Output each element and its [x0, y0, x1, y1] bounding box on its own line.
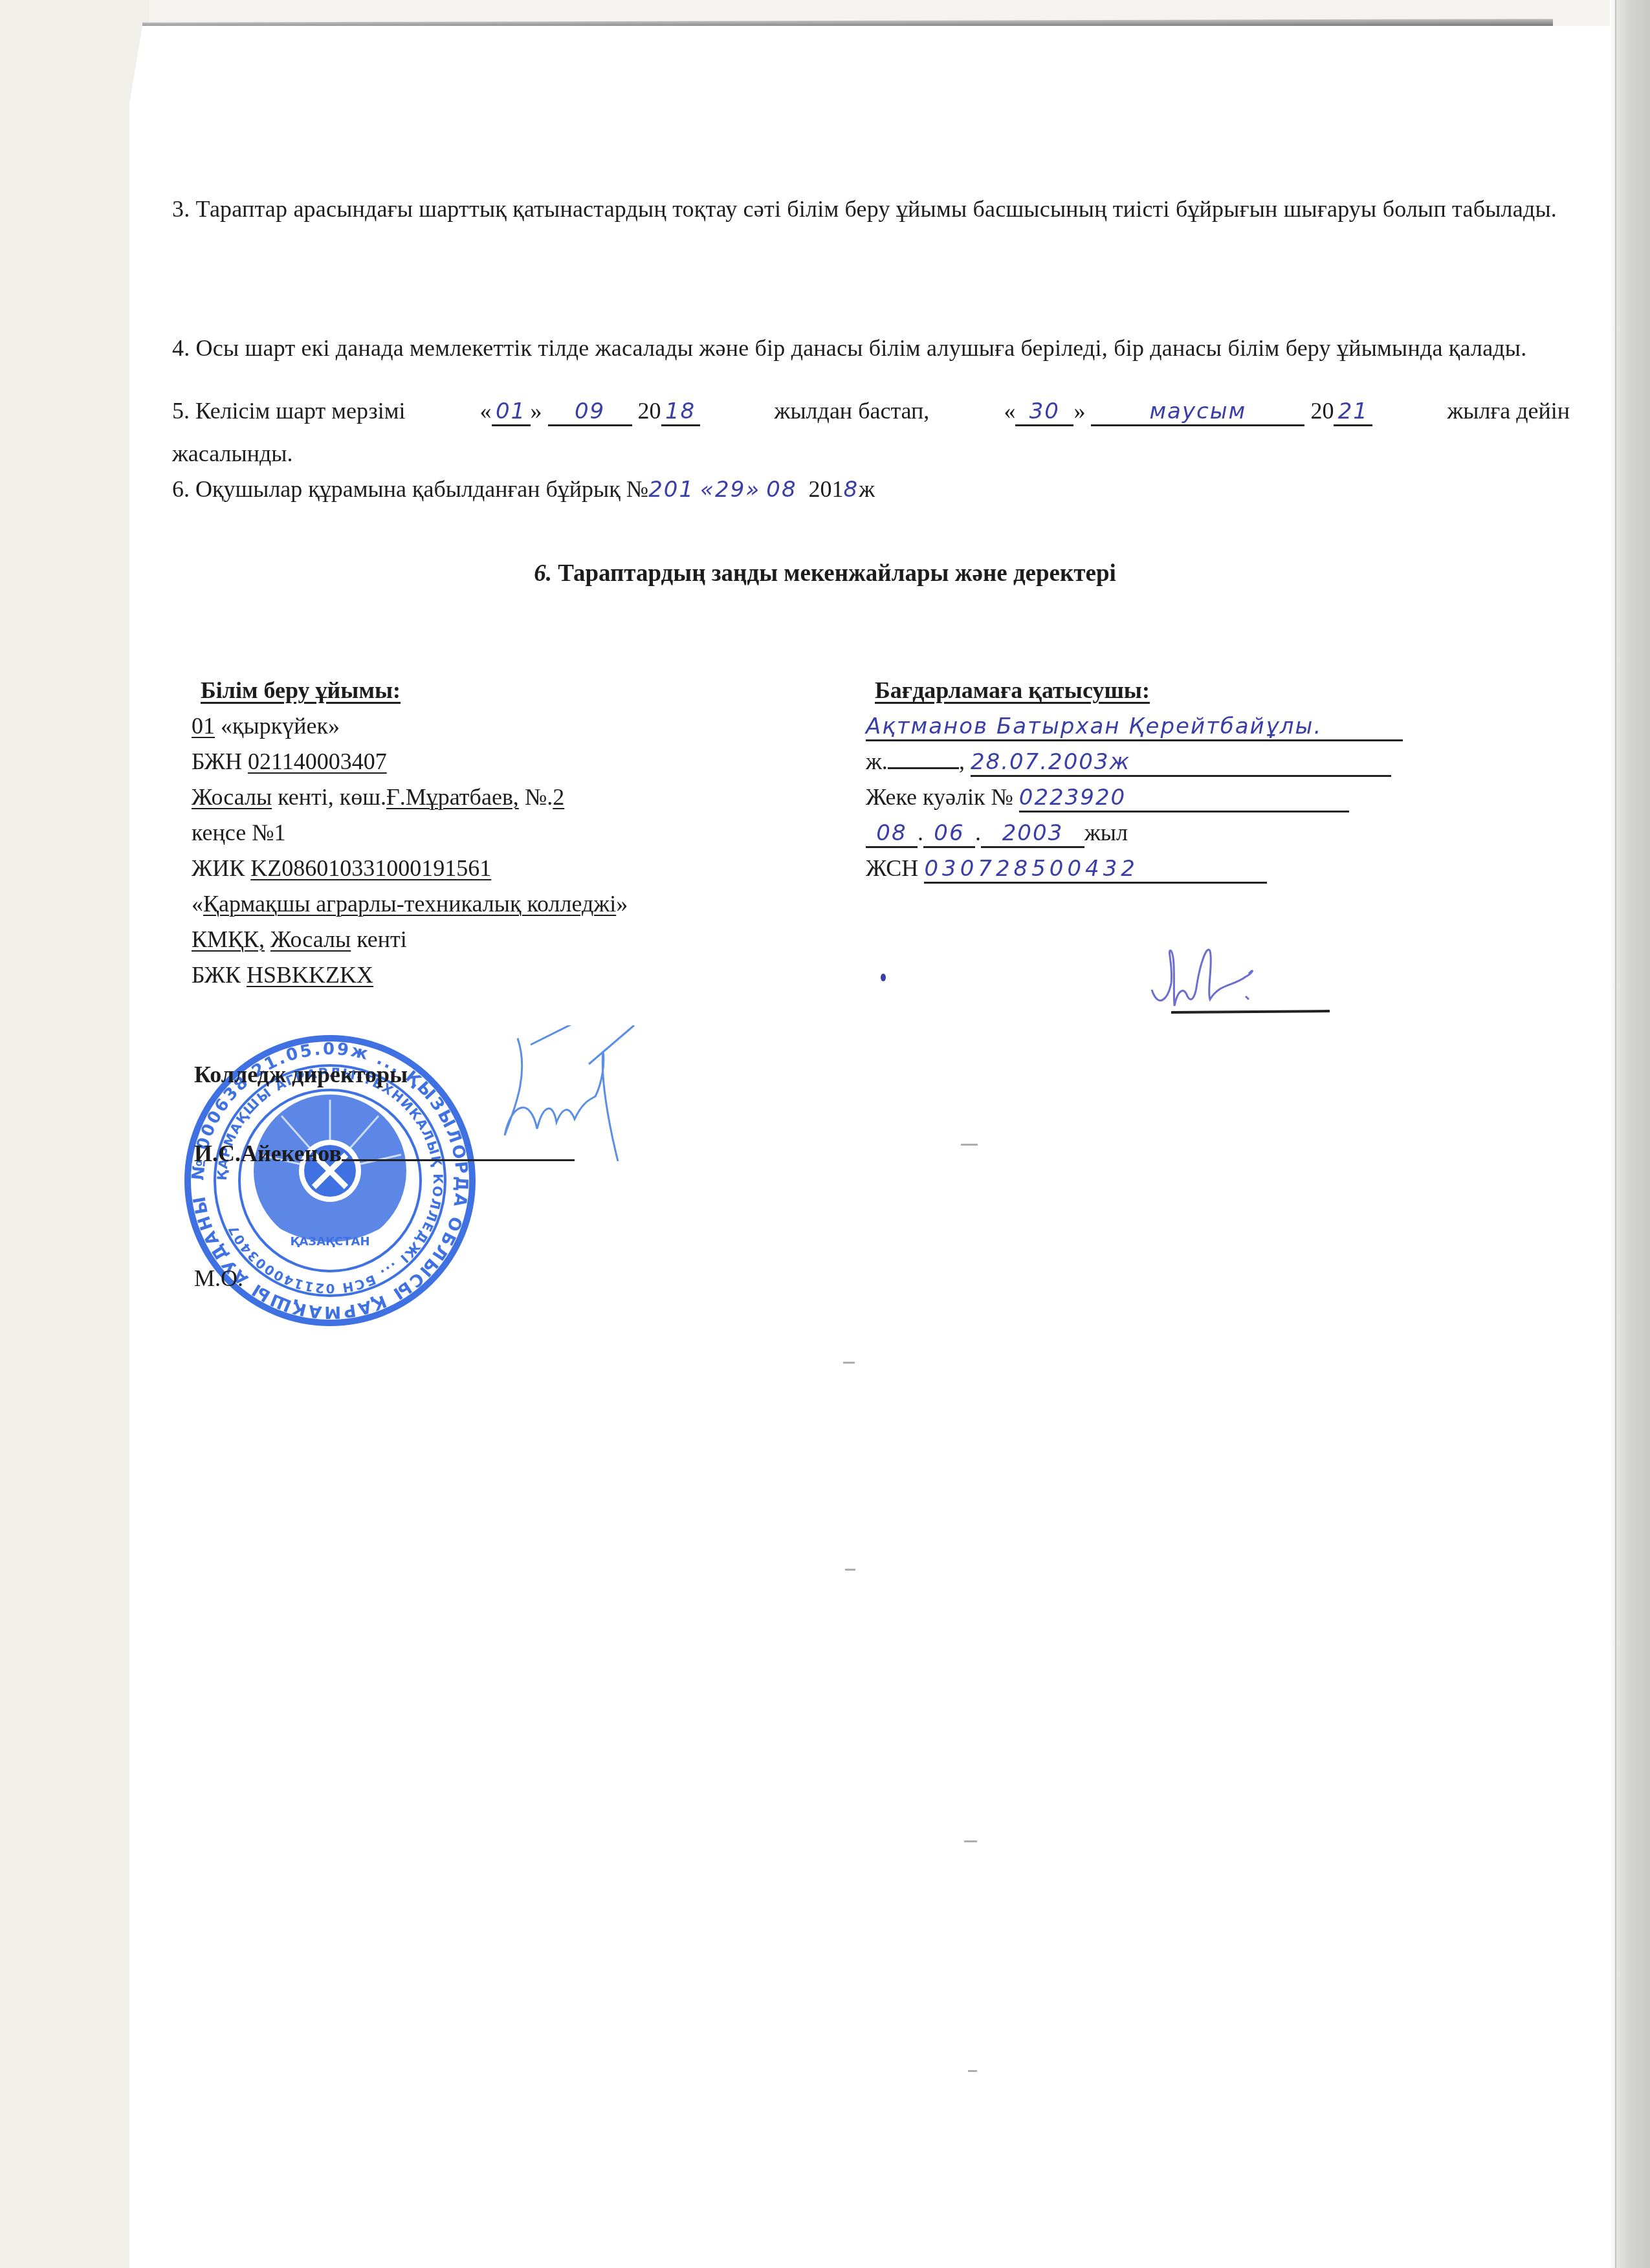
clause-5-until: жылға дейін: [1447, 397, 1570, 424]
clause-3: 3. Тараптар арасындағы шарттық қатынаста…: [172, 191, 1570, 227]
svg-text:ҚАЗАҚСТАН: ҚАЗАҚСТАН: [290, 1235, 369, 1248]
end-day-field: 30: [1015, 398, 1073, 426]
organization-bin: БЖН 021140003407: [192, 744, 628, 780]
participant-id: Жеке куәлік № 0223920: [866, 780, 1403, 815]
participant-birth-date-field: 28.07.2003ж: [971, 749, 1391, 777]
participant-id-date: 08.06.2003жыл: [866, 815, 1403, 851]
organization-form: КМҚК, Жосалы кенті: [192, 922, 628, 957]
participant-id-number-field: 0223920: [1019, 785, 1349, 812]
participant-details: Бағдарламаға қатысушы: Ақтманов Батырхан…: [866, 673, 1403, 886]
order-year-digit: 8: [844, 477, 859, 503]
end-year-field: 21: [1334, 398, 1372, 426]
participant-full-name: Ақтманов Батырхан Қерейтбайұлы.: [866, 708, 1403, 744]
director-name: И.С.Айекенов: [194, 1140, 342, 1166]
clause-5: 5. Келісім шарт мерзімі «01» 09 2018 жыл…: [172, 397, 1570, 426]
order-number: 201: [648, 477, 694, 503]
section-title: 6. Тараптардың заңды мекенжайлары және д…: [0, 560, 1650, 587]
organization-iik: ЖИК KZ086010331000191561: [192, 851, 628, 886]
organization-address: Жосалы кенті, көш.Ғ.Мұратбаев, №.2: [192, 780, 628, 815]
order-month: 08: [766, 477, 797, 503]
end-month-field: маусым: [1091, 398, 1304, 426]
clause-3-text: Тараптар арасындағы шарттық қатынастарды…: [196, 196, 1557, 222]
organization-name: «Қармақшы аграрлы-техникалық колледжі»: [192, 886, 628, 922]
ink-dot: [881, 974, 886, 981]
scanner-background: [0, 0, 149, 2268]
clause-4: 4. Осы шарт екі данада мемлекеттік тілде…: [172, 330, 1570, 366]
contract-start-date: «01» 09 2018: [480, 397, 700, 426]
scan-speck: [961, 1144, 978, 1146]
id-year-field: 2003: [981, 820, 1084, 848]
clause-4-text: Осы шарт екі данада мемлекеттік тілде жа…: [196, 335, 1527, 361]
organization-bik: БЖК HSBKKZKX: [192, 957, 628, 993]
participant-iin-field: 030728500432: [924, 856, 1267, 884]
participant-signature: [1136, 938, 1330, 1022]
clause-6: 6. Оқушылар құрамына қабылданған бұйрық …: [172, 475, 875, 503]
scan-speck: [845, 1569, 855, 1571]
seal-label: М.О.: [194, 1265, 243, 1292]
organization-date: 01 «қыркүйек»: [192, 708, 628, 744]
scan-speck: [964, 1840, 977, 1842]
clause-5-from: жылдан бастап,: [775, 397, 930, 424]
director-signature: [492, 1025, 660, 1174]
id-day-field: 08: [866, 820, 918, 848]
clause-3-number: 3.: [172, 196, 190, 222]
clause-4-number: 4.: [172, 335, 190, 361]
start-day-field: 01: [492, 398, 531, 426]
order-day: «29»: [700, 477, 760, 503]
director-title: Колледж директоры: [194, 1061, 408, 1088]
organization-office: кеңсе №1: [192, 815, 628, 851]
scan-speck: [968, 2070, 977, 2072]
id-month-field: 06: [923, 820, 975, 848]
organization-details: Білім беру ұйымы: 01 «қыркүйек» БЖН 0211…: [192, 673, 628, 993]
organization-heading: Білім беру ұйымы:: [192, 673, 628, 708]
participant-heading: Бағдарламаға қатысушы:: [866, 673, 1403, 708]
start-year-field: 18: [661, 398, 700, 426]
participant-birth: ж., 28.07.2003ж: [866, 744, 1403, 780]
participant-name-field: Ақтманов Батырхан Қерейтбайұлы.: [866, 714, 1403, 741]
participant-iin: ЖСН 030728500432: [866, 851, 1403, 886]
clause-5-continuation: жасалынды.: [172, 440, 293, 467]
start-month-field: 09: [548, 398, 632, 426]
clause-5-prefix: 5. Келісім шарт мерзімі: [172, 397, 406, 424]
scan-speck: [843, 1362, 855, 1364]
page-fold-edge: [1615, 0, 1650, 2268]
contract-end-date: «30» маусым 2021: [1004, 397, 1372, 426]
